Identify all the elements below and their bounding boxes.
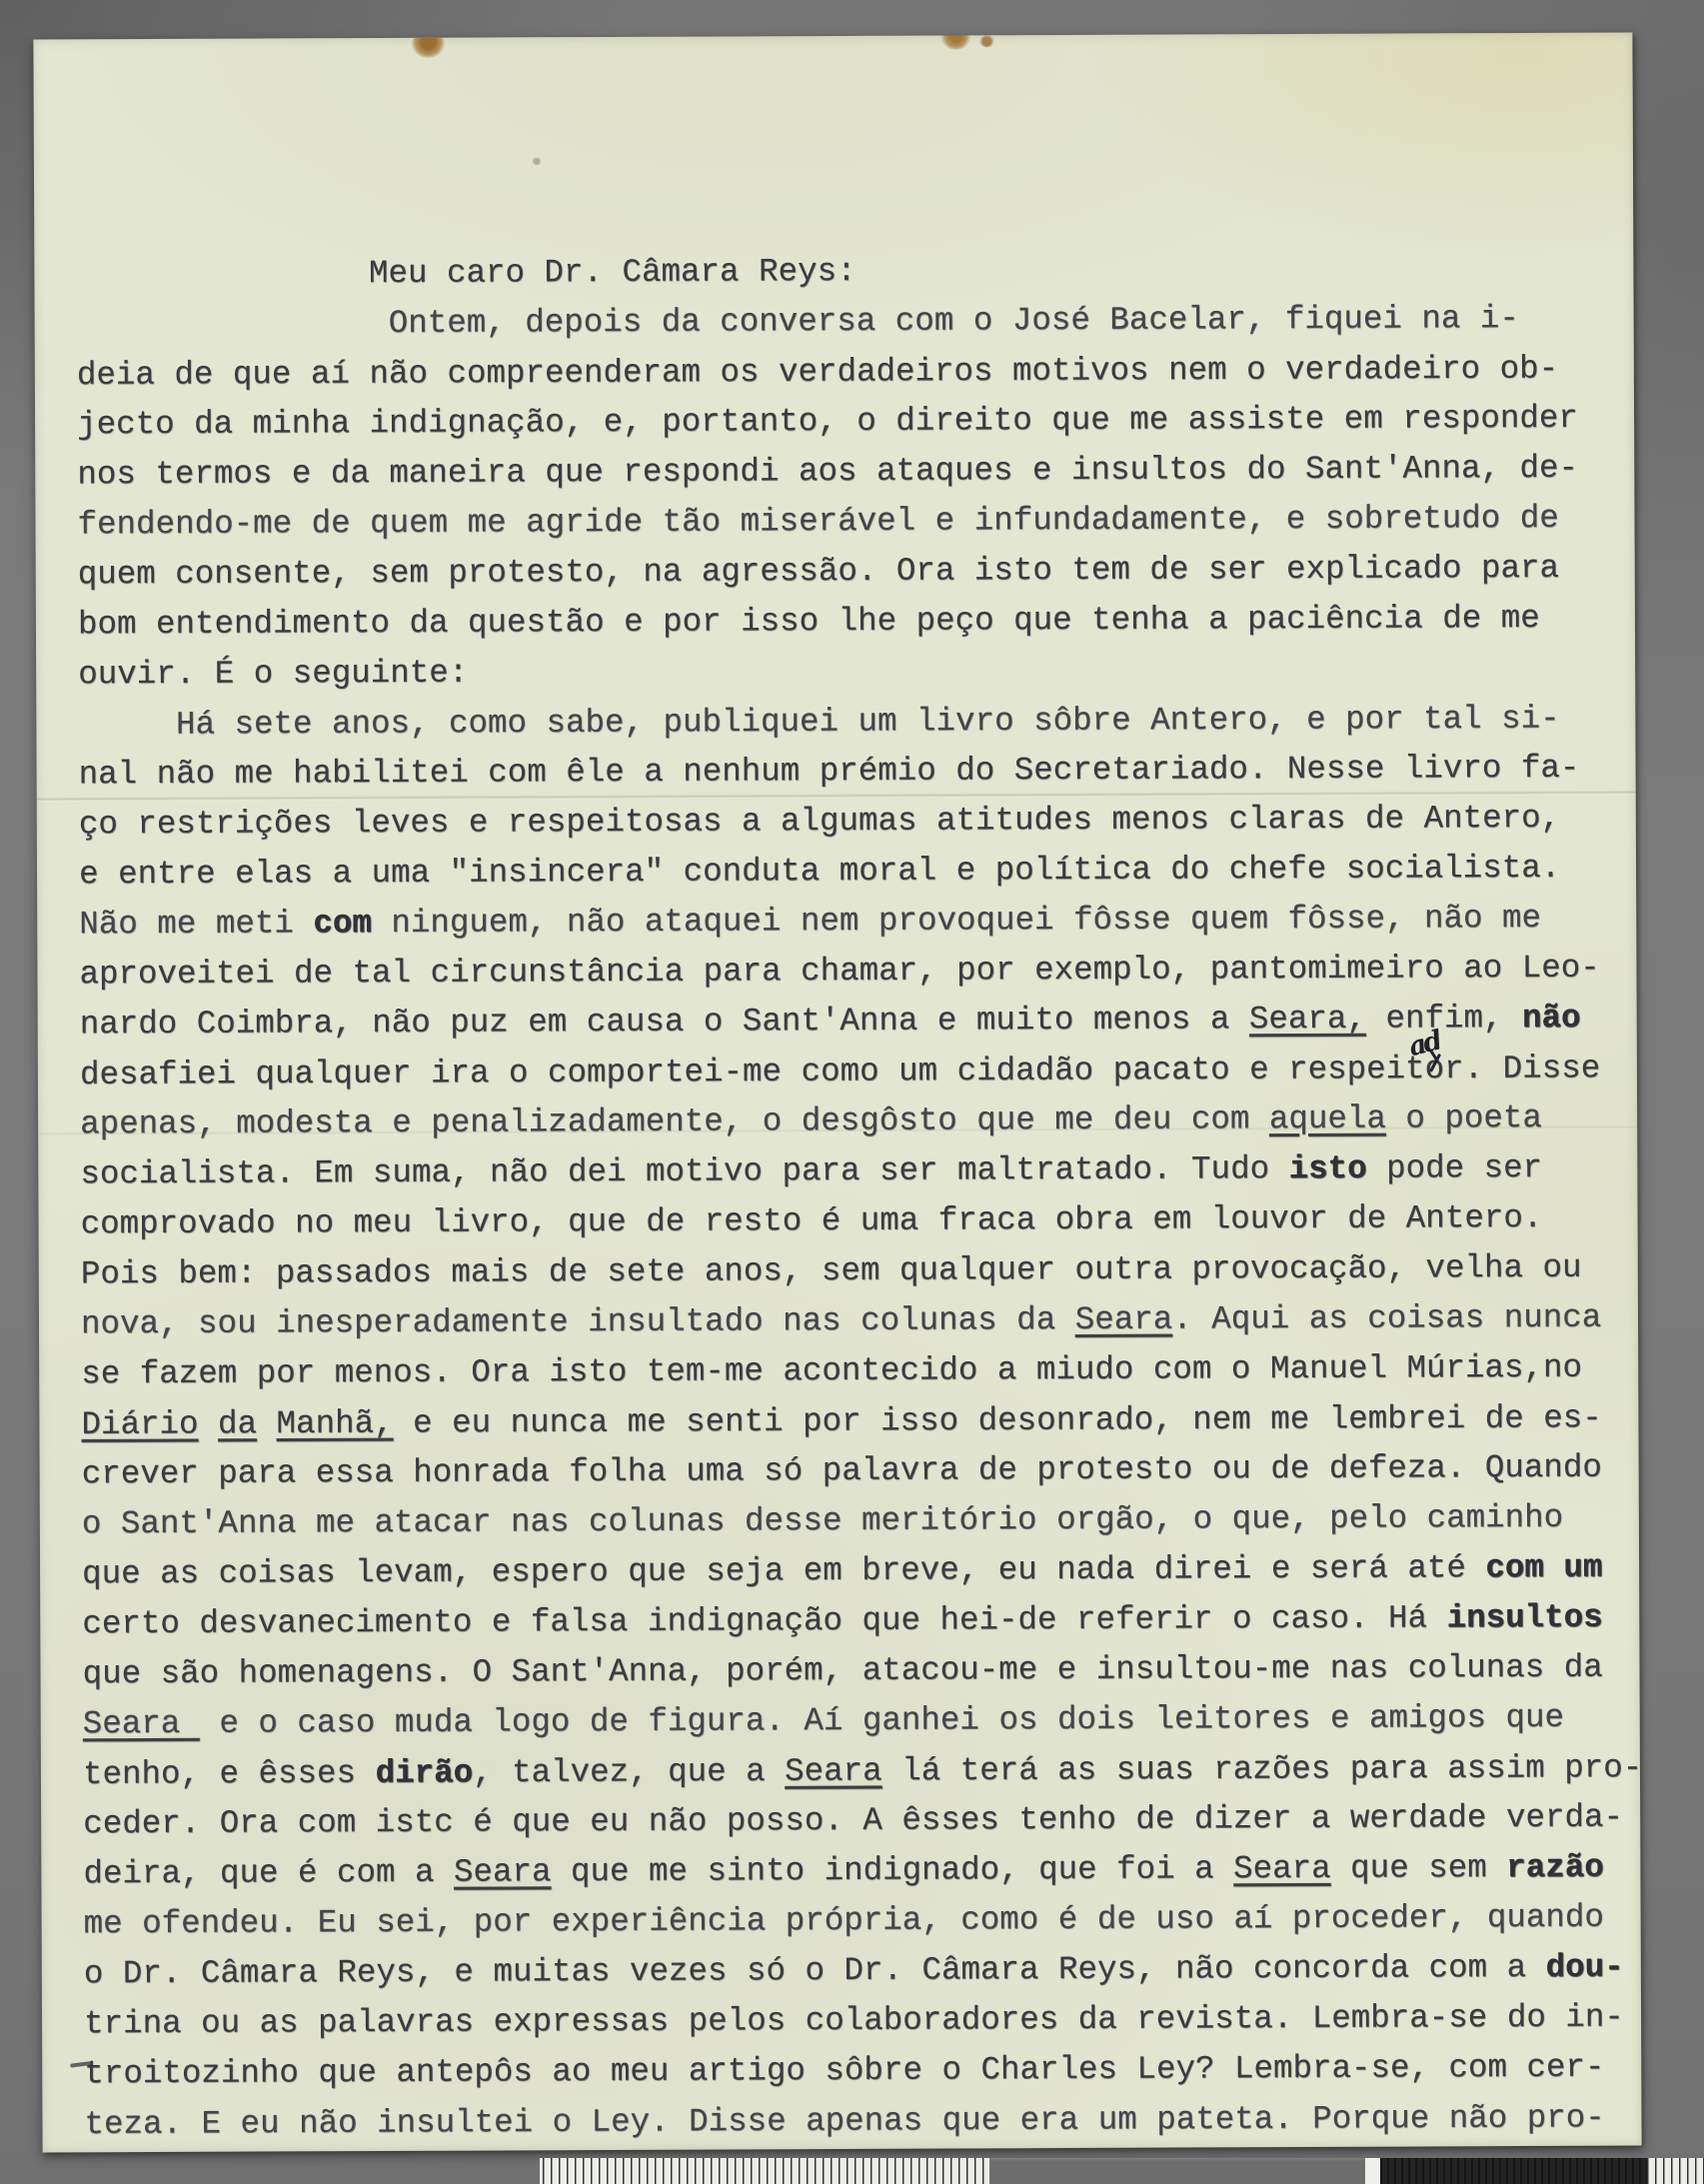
underlined-word: Manhã, [276, 1405, 393, 1443]
underlined-word: Seara [83, 1705, 200, 1743]
overstruck-word: com um [1485, 1549, 1602, 1587]
black-patch [1380, 2158, 1647, 2184]
letter-line: nova, sou inesperadamente insultado nas … [81, 1293, 1625, 1350]
text-segment: que são homenagens. O Sant'Anna, porém, … [82, 1649, 1602, 1693]
letter-line: fendendo-me de quem me agride tão miserá… [77, 494, 1621, 551]
text-segment: . Aqui as coisas nunca [1172, 1299, 1601, 1338]
letter-line: trina ou as palavras expressas pelos col… [84, 1993, 1628, 2050]
overstruck-word: dou- [1545, 1949, 1623, 1986]
letter-line: quem consente, sem protesto, na agressão… [78, 544, 1622, 601]
text-segment: fendendo-me de quem me agride tão miserá… [77, 500, 1558, 543]
text-segment: Meu caro Dr. Câmara Reys: [76, 253, 855, 293]
text-segment: bom entendimento da questão e por isso l… [78, 600, 1540, 643]
letter-line: se fazem por menos. Ora isto tem-me acon… [81, 1343, 1625, 1400]
letter-line: o Sant'Anna me atacar nas colunas desse … [82, 1493, 1626, 1550]
letter-line: o Dr. Câmara Reys, e muitas vezes só o D… [84, 1943, 1628, 2000]
text-segment: Há sete anos, como sabe, publiquei um li… [78, 700, 1559, 743]
overstruck-word: não [1522, 1000, 1581, 1037]
letter-line: Há sete anos, como sabe, publiquei um li… [78, 694, 1622, 751]
stain-mark [940, 33, 970, 50]
text-segment: que me sinto indignado, que foi a [551, 1850, 1233, 1890]
letter-line: socialista. Em suma, não dei motivo para… [80, 1143, 1624, 1200]
text-segment: Ontem, depois da conversa com o José Bac… [77, 300, 1519, 343]
letter-line: deia de que aí não compreenderam os verd… [77, 344, 1621, 401]
overstruck-word: dirão [375, 1754, 473, 1791]
letter-line: teza. E eu não insultei o Ley. Disse ape… [84, 2093, 1628, 2150]
underlined-word: aquela [1269, 1100, 1386, 1138]
text-segment: ço restrições leves e respeitosas a algu… [79, 800, 1560, 843]
text-segment: troitozinho que antepôs ao meu artigo sô… [84, 2049, 1604, 2093]
text-segment: nova, sou inesperadamente insultado nas … [81, 1301, 1075, 1342]
text-segment: se fazem por menos. Ora isto tem-me acon… [81, 1349, 1582, 1393]
letter-line: e entre elas a uma "insincera" conduta m… [79, 844, 1623, 901]
text-segment: e eu nunca me senti por isso desonrado, … [393, 1399, 1601, 1441]
letter-line: Não me meti com ninguem, não ataquei nem… [79, 894, 1623, 951]
text-segment: nal não me habilitei com êle a nenhum pr… [79, 750, 1580, 794]
letter-line: nardo Coimbra, não puz em causa o Sant'A… [80, 994, 1624, 1051]
text-segment: deira, que é com a [83, 1854, 454, 1893]
text-segment: teza. E eu não insultei o Ley. Disse ape… [84, 2099, 1604, 2143]
stain-mark [532, 157, 542, 165]
letter-line: nal não me habilitei com êle a nenhum pr… [78, 744, 1622, 801]
text-segment: socialista. Em suma, não dei motivo para… [80, 1150, 1288, 1192]
ruler-ticks-icon [540, 2158, 989, 2184]
text-segment: pode ser [1366, 1149, 1542, 1187]
underlined-word: Diário [81, 1405, 198, 1443]
scale-bar [540, 2158, 1704, 2184]
text-segment: nos termos e da maneira que respondi aos… [77, 450, 1578, 494]
letter-line: aproveitei de tal circunstância para cha… [79, 944, 1623, 1001]
text-segment: me ofendeu. Eu sei, por experiência próp… [84, 1899, 1604, 1943]
letter-line: apenas, modesta e penalizadamente, o des… [80, 1093, 1624, 1150]
stain-mark [978, 35, 994, 47]
text-segment: tenho, e êsses [83, 1755, 376, 1793]
letter-line: jecto da minha indignação, e, portanto, … [77, 394, 1621, 451]
overstruck-word: insultos [1446, 1599, 1602, 1637]
scanned-letter-page: Meu caro Dr. Câmara Reys: Ontem, depois … [0, 0, 1704, 2184]
text-segment: Pois bem: passados mais de sete anos, se… [81, 1249, 1582, 1293]
letter-line: Ontem, depois da conversa com o José Bac… [77, 294, 1621, 351]
text-segment: quem consente, sem protesto, na agressão… [78, 550, 1559, 593]
letter-line: bom entendimento da questão e por isso l… [78, 594, 1622, 651]
text-segment: ninguem, não ataquei nem provoquei fôsse… [372, 900, 1541, 942]
letter-line: tenho, e êsses dirão, talvez, que a Sear… [83, 1743, 1627, 1800]
underlined-word: Seara [1075, 1301, 1173, 1338]
white-strip [1365, 2158, 1380, 2184]
text-segment: certo desvanecimento e falsa indignação … [82, 1599, 1446, 1642]
overstruck-word: com [313, 905, 372, 942]
letter-line: troitozinho que antepôs ao meu artigo sô… [84, 2043, 1628, 2100]
text-segment: or. Disse [1425, 1050, 1601, 1088]
text-segment: Não me meti [79, 905, 313, 943]
letter-line: Pois bem: passados mais de sete anos, se… [81, 1243, 1625, 1300]
text-segment: aproveitei de tal circunstância para cha… [79, 950, 1599, 994]
underlined-word: Seara [454, 1853, 552, 1890]
letter-line: crever para essa honrada folha uma só pa… [82, 1443, 1626, 1500]
text-segment: deia de que aí não compreenderam os verd… [77, 350, 1558, 393]
letter-line: nos termos e da maneira que respondi aos… [77, 444, 1621, 501]
text-segment: e entre elas a uma "insincera" conduta m… [79, 850, 1560, 893]
text-segment: lá terá as suas razões para assim pro- [882, 1749, 1642, 1789]
text-segment: nardo Coimbra, não puz em causa o Sant'A… [80, 1001, 1249, 1043]
text-segment [257, 1405, 277, 1442]
text-segment: crever para essa honrada folha uma só pa… [82, 1449, 1602, 1493]
underlined-word: Seara, [1249, 1001, 1366, 1039]
letter-line: desafiei qualquer ira o comportei-me com… [80, 1044, 1624, 1100]
underlined-word: Seara [785, 1752, 882, 1789]
text-segment: o poeta [1386, 1099, 1542, 1137]
underlined-word: da [218, 1405, 257, 1442]
letter-line: ouvir. É o seguinte: [78, 644, 1622, 701]
text-segment: apenas, modesta e penalizadamente, o des… [80, 1100, 1269, 1142]
letter-paper: Meu caro Dr. Câmara Reys: Ontem, depois … [33, 33, 1641, 2153]
gray-patch [989, 2158, 1365, 2184]
letter-line: Seara e o caso muda logo de figura. Aí g… [83, 1693, 1627, 1750]
letter-line: certo desvanecimento e falsa indignação … [82, 1593, 1626, 1650]
text-segment: desafiei qualquer ira o comportei-me com… [80, 1051, 1425, 1093]
letter-line: me ofendeu. Eu sei, por experiência próp… [84, 1893, 1628, 1950]
overstruck-word: razão [1506, 1849, 1604, 1886]
letter-line: Diário da Manhã, e eu nunca me senti por… [81, 1393, 1625, 1450]
text-segment: ouvir. É o seguinte: [78, 655, 468, 694]
text-segment: que sem [1331, 1849, 1507, 1887]
text-segment: enfim, [1366, 1000, 1522, 1038]
ruler-ticks-icon [1647, 2158, 1704, 2184]
letter-line: ço restrições leves e respeitosas a algu… [79, 794, 1623, 851]
letter-line: ceder. Ora com istc é que eu não posso. … [83, 1793, 1627, 1850]
text-segment: ceder. Ora com istc é que eu não posso. … [83, 1799, 1623, 1843]
text-segment: trina ou as palavras expressas pelos col… [84, 1999, 1624, 2043]
letter-line: deira, que é com a Seara que me sinto in… [83, 1843, 1627, 1900]
letter-lines: Meu caro Dr. Câmara Reys: Ontem, depois … [76, 244, 1628, 2150]
text-segment: jecto da minha indignação, e, portanto, … [77, 400, 1578, 444]
text-segment: o Sant'Anna me atacar nas colunas desse … [82, 1499, 1563, 1542]
underlined-word: Seara [1233, 1850, 1331, 1887]
text-segment: que as coisas levam, espero que seja em … [82, 1549, 1485, 1592]
overstruck-word: isto [1288, 1150, 1366, 1187]
letter-line: Meu caro Dr. Câmara Reys: [76, 244, 1620, 301]
text-segment: o Dr. Câmara Reys, e muitas vezes só o D… [84, 1949, 1546, 1992]
text-segment [198, 1405, 218, 1442]
text-segment: , talvez, que a [473, 1753, 785, 1791]
letter-line: que as coisas levam, espero que seja em … [82, 1543, 1626, 1600]
text-segment: e o caso muda logo de figura. Aí ganhei … [200, 1699, 1564, 1742]
text-segment: comprovado no meu livro, que de resto é … [80, 1199, 1542, 1242]
letter-line: comprovado no meu livro, que de resto é … [80, 1193, 1624, 1250]
letter-line: que são homenagens. O Sant'Anna, porém, … [82, 1643, 1626, 1700]
stain-mark [411, 33, 445, 58]
